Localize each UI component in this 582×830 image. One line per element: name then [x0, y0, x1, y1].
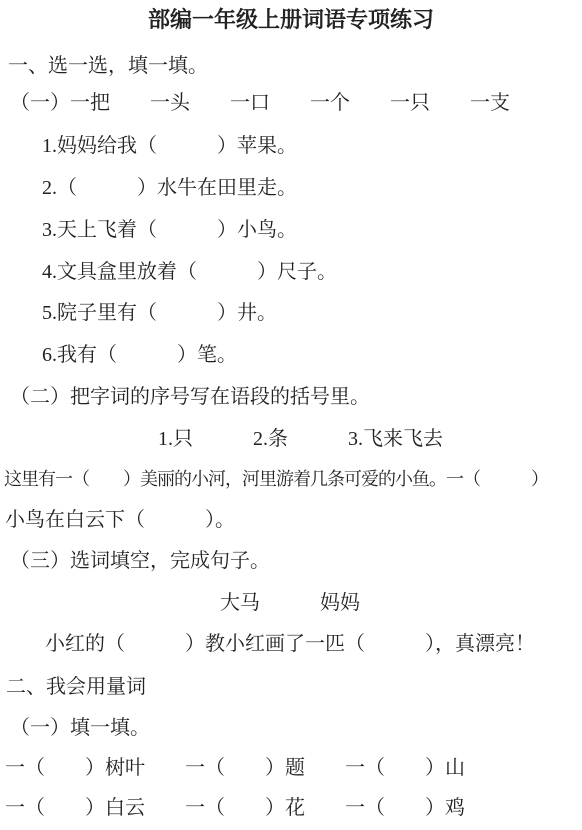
passage-line-1: 这里有一（ ）美丽的小河，河里游着几条可爱的小鱼。一（ ） — [4, 467, 548, 491]
part-1-2-heading: （二）把字词的序号写在语段的括号里。 — [10, 385, 370, 409]
part-1-3-word-options: 大马 妈妈 — [220, 591, 360, 615]
part-1-3-sentence: 小红的（ ）教小红画了一匹（ ），真漂亮！ — [45, 632, 535, 656]
measure-word-row-2: 一（ ）白云 一（ ）花 一（ ）鸡 — [5, 796, 465, 820]
question-2: 2.（ ）水牛在田里走。 — [42, 176, 297, 200]
worksheet-title: 部编一年级上册词语专项练习 — [0, 8, 582, 32]
part-2-1-heading: （一）填一填。 — [10, 716, 150, 740]
question-4: 4.文具盒里放着（ ）尺子。 — [42, 260, 337, 284]
question-5: 5.院子里有（ ）井。 — [42, 301, 277, 325]
part-1-2-numbered-options: 1.只 2.条 3.飞来飞去 — [158, 427, 443, 451]
worksheet-page: 部编一年级上册词语专项练习 一、选一选，填一填。 （一）一把 一头 一口 一个 … — [0, 0, 582, 830]
question-1: 1.妈妈给我（ ）苹果。 — [42, 134, 297, 158]
section-1-heading: 一、选一选，填一填。 — [8, 54, 208, 78]
part-1-1-word-options: （一）一把 一头 一口 一个 一只 一支 — [10, 91, 510, 115]
passage-line-2: 小鸟在白云下（ ）。 — [5, 508, 235, 532]
question-6: 6.我有（ ）笔。 — [42, 343, 237, 367]
measure-word-row-1: 一（ ）树叶 一（ ）题 一（ ）山 — [5, 756, 465, 780]
part-1-3-heading: （三）选词填空，完成句子。 — [10, 549, 270, 573]
question-3: 3.天上飞着（ ）小鸟。 — [42, 218, 297, 242]
section-2-heading: 二、我会用量词 — [6, 675, 146, 699]
